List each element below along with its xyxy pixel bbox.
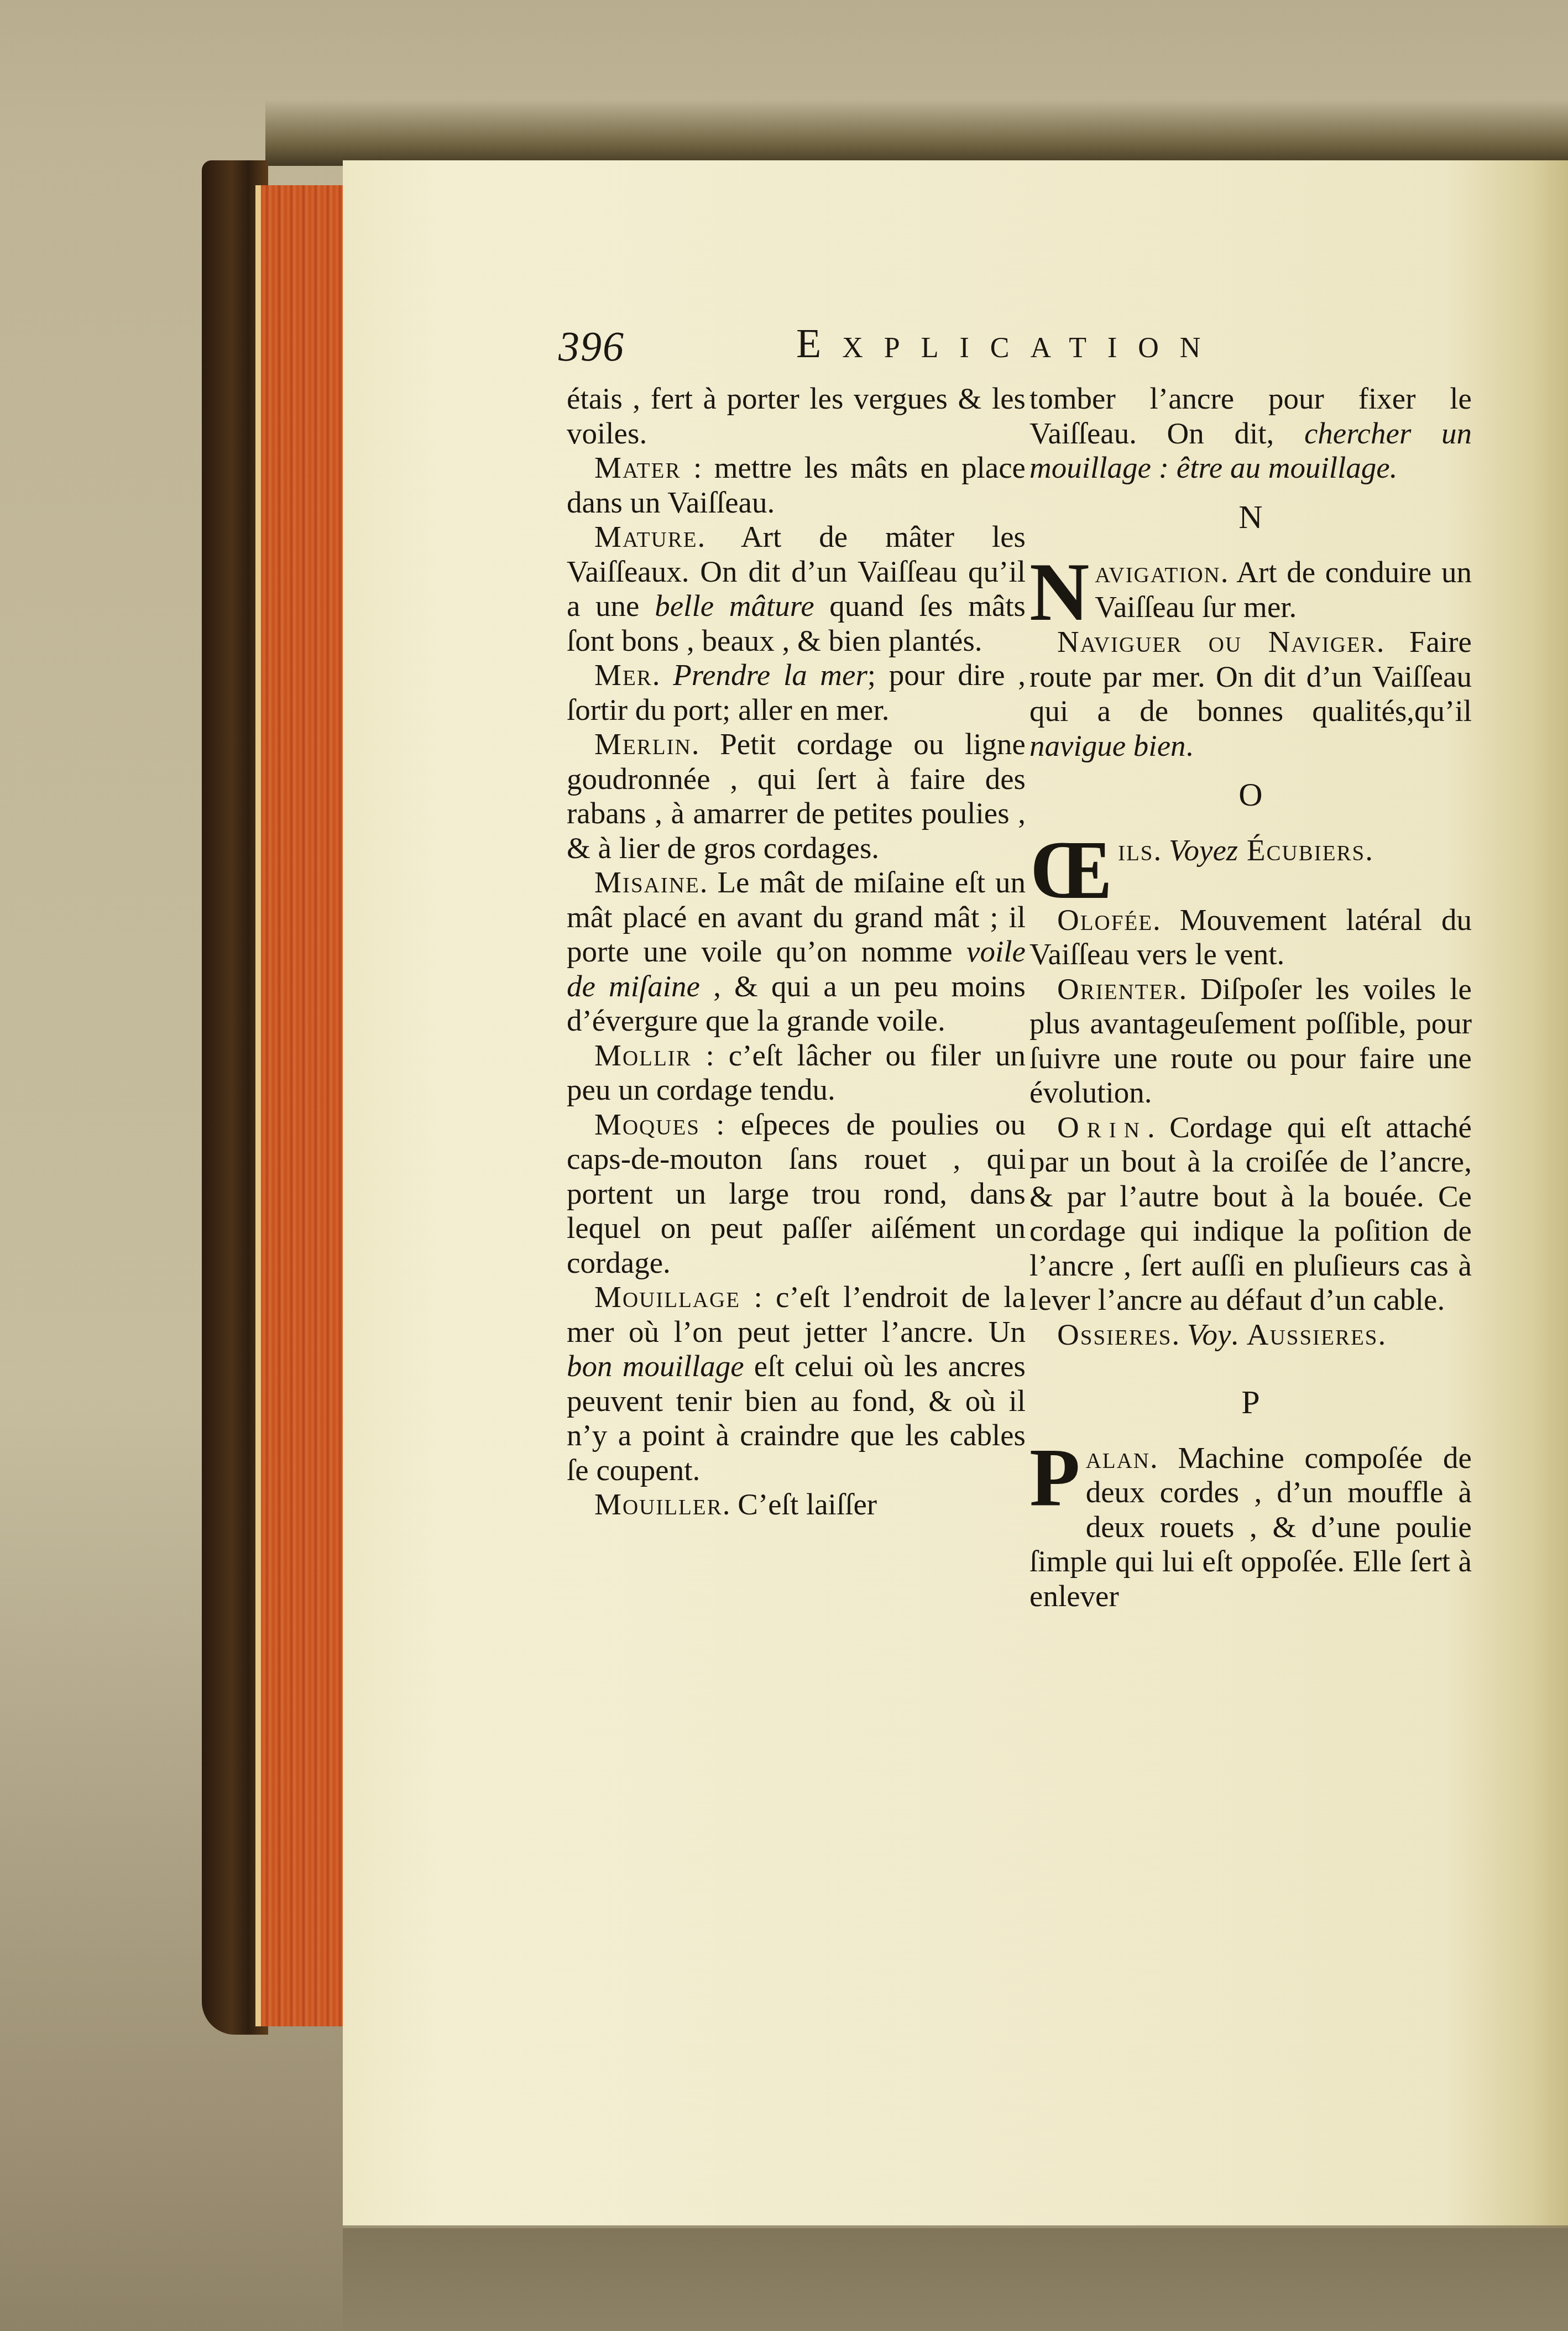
entry-term: Mouillage xyxy=(594,1280,740,1314)
entry-text: . C’eſt laiſſer xyxy=(723,1487,877,1521)
entry-orin: Orin. Cordage qui eſt attaché par un bou… xyxy=(1029,1110,1472,1318)
entry-continuation: étais , fert à porter les vergues & les … xyxy=(567,381,1026,451)
entry-continuation: tomber l’ancre pour fixer le Vaiſſeau. O… xyxy=(1029,381,1472,485)
entry-mature: Mature. Art de mâter les Vaiſſeaux. On d… xyxy=(567,520,1026,658)
entry-palan: Palan. Machine compoſée de deux cordes ,… xyxy=(1029,1441,1472,1614)
entry-italic: Voy xyxy=(1187,1318,1231,1351)
entry-text: . Aussieres. xyxy=(1231,1318,1387,1351)
right-column: tomber l’ancre pour fixer le Vaiſſeau. O… xyxy=(1029,381,1472,1613)
entry-italic: Prendre la mer xyxy=(673,658,867,692)
section-letter-n: N xyxy=(1029,500,1472,535)
running-head: Explication xyxy=(796,321,1221,368)
entry-ossieres: Ossieres. Voy. Aussieres. xyxy=(1029,1318,1472,1352)
entry-term: Mer xyxy=(594,658,652,692)
entry-italic: belle mâture xyxy=(655,589,814,623)
entry-text: . xyxy=(1172,1318,1187,1351)
entry-term: Naviguer ou Naviger xyxy=(1057,625,1377,658)
book-fore-edge xyxy=(255,185,349,2026)
entry-mater: Mater : mettre les mâts en place dans un… xyxy=(567,451,1026,520)
entry-navigation: Navigation. Art de conduire un Vaiſſeau … xyxy=(1029,555,1472,624)
entry-term: Mollir xyxy=(594,1038,692,1072)
entry-term: Moques xyxy=(594,1107,700,1141)
entry-text: . xyxy=(1186,729,1194,762)
entry-mouiller: Mouiller. C’eſt laiſſer xyxy=(567,1487,1026,1522)
entry-term: avigation xyxy=(1095,555,1220,589)
drop-cap: N xyxy=(1029,560,1089,625)
page-number: 396 xyxy=(558,323,625,371)
entry-naviguer: Naviguer ou Naviger. Faire route par mer… xyxy=(1029,625,1472,763)
entry-term: Mouiller xyxy=(594,1487,723,1521)
background-shadow xyxy=(265,100,1568,166)
entry-italic: Voyez xyxy=(1169,833,1238,867)
entry-mouillage: Mouillage : c’eſt l’endroit de la mer où… xyxy=(567,1280,1026,1487)
entry-term: Merlin xyxy=(594,727,692,761)
left-column: étais , fert à porter les vergues & les … xyxy=(567,381,1026,1522)
entry-text: . xyxy=(1154,833,1169,867)
entry-orienter: Orienter. Diſpoſer les voiles le plus av… xyxy=(1029,972,1472,1110)
drop-cap: Œ xyxy=(1029,838,1112,903)
section-letter-p: P xyxy=(1029,1385,1472,1420)
entry-misaine: Misaine. Le mât de miſaine eſt un mât pl… xyxy=(567,865,1026,1038)
entry-term: Misaine xyxy=(594,865,700,899)
entry-merlin: Merlin. Petit cordage ou ligne goudronné… xyxy=(567,727,1026,865)
entry-term: Mature xyxy=(594,520,698,553)
section-letter-o: O xyxy=(1029,777,1472,812)
entry-term: Orin xyxy=(1057,1110,1147,1144)
entry-oeils: Œils. Voyez Écubiers. xyxy=(1029,833,1472,868)
entry-term: ils xyxy=(1118,833,1154,867)
drop-cap: P xyxy=(1029,1445,1080,1511)
entry-term: Orienter xyxy=(1057,972,1179,1006)
entry-italic: navigue bien xyxy=(1029,729,1186,762)
entry-text: Écubiers. xyxy=(1238,833,1374,867)
page-header: 396 Explication xyxy=(558,321,1388,387)
entry-mer: Mer. Prendre la mer; pour dire , ſortir … xyxy=(567,658,1026,727)
entry-term: Mater xyxy=(594,451,681,484)
entry-moques: Moques : eſpeces de poulies ou caps-de-m… xyxy=(567,1107,1026,1281)
entry-text: . xyxy=(652,658,673,692)
entry-term: alan xyxy=(1086,1441,1150,1475)
entry-text: étais , fert à porter les vergues & les … xyxy=(567,381,1026,450)
entry-italic: bon mouillage xyxy=(567,1349,744,1383)
page-bottom-shadow xyxy=(343,2225,1568,2331)
entry-term: Ossieres xyxy=(1057,1318,1172,1351)
entry-mollir: Mollir : c’eſt lâcher ou filer un peu un… xyxy=(567,1038,1026,1107)
